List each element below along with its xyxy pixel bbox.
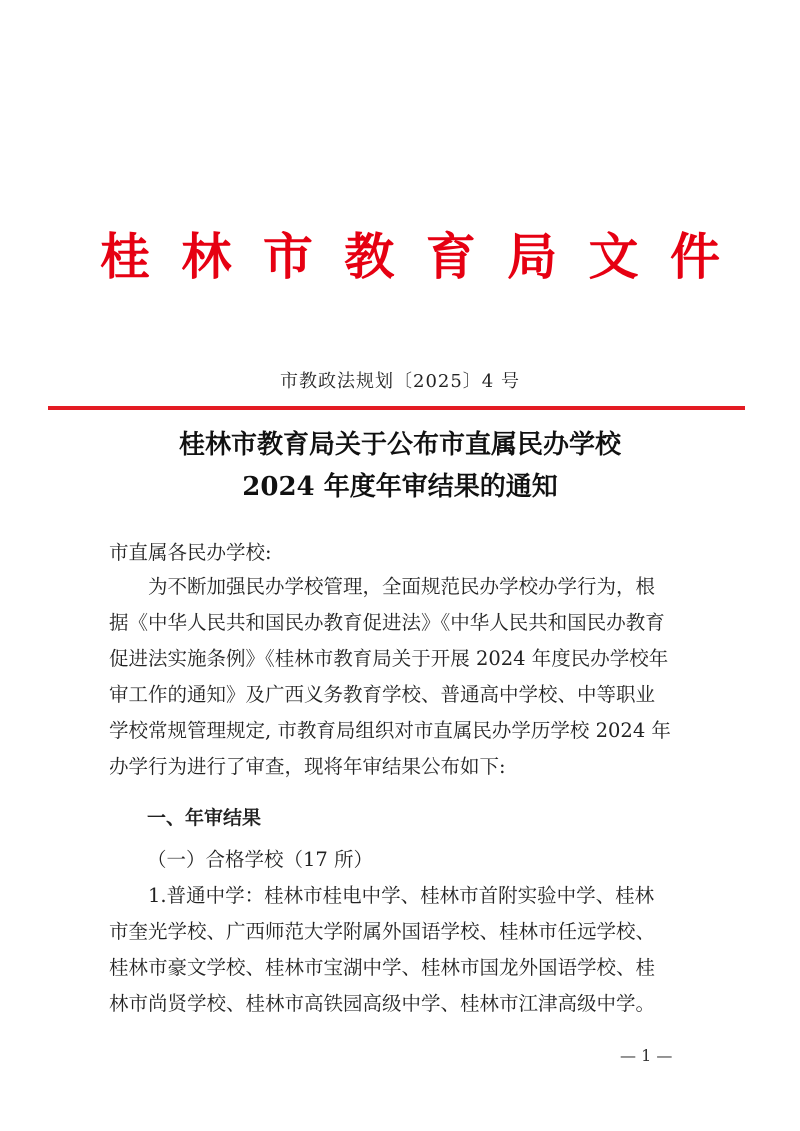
subsection-heading: （一）合格学校（17 所） [147, 844, 755, 872]
masthead-char: 桂 [100, 232, 150, 282]
section-heading: 一、年审结果 [147, 803, 755, 830]
document-title-line-1: 桂林市教育局关于公布市直属民办学校 [0, 432, 800, 458]
masthead-title: 桂 林 市 教 育 局 文 件 [100, 222, 720, 292]
paragraph-line: 市奎光学校、广西师范大学附属外国语学校、桂林市任远学校、 [109, 916, 717, 944]
paragraph-line: 促进法实施条例》《桂林市教育局关于开展 2024 年度民办学校年 [109, 643, 717, 671]
paragraph-line: 办学行为进行了审查，现将年审结果公布如下: [109, 751, 717, 779]
masthead-char: 件 [670, 232, 720, 282]
paragraph-line: 据《中华人民共和国民办教育促进法》《中华人民共和国民办教育 [109, 607, 717, 635]
document-number: 市教政法规划〔2025〕4 号 [0, 367, 800, 393]
masthead-char: 文 [589, 232, 639, 282]
masthead-char: 局 [507, 232, 557, 282]
masthead-char: 林 [181, 232, 231, 282]
masthead-char: 市 [263, 232, 313, 282]
paragraph-line: 审工作的通知》及广西义务教育学校、普通高中学校、中等职业 [109, 679, 717, 707]
page-number: — 1 — [620, 1046, 672, 1065]
masthead-char: 教 [344, 232, 394, 282]
paragraph-line: 桂林市豪文学校、桂林市宝湖中学、桂林市国龙外国语学校、桂 [109, 952, 717, 980]
masthead-char: 育 [426, 232, 476, 282]
paragraph-line: 林市尚贤学校、桂林市高铁园高级中学、桂林市江津高级中学。 [109, 988, 717, 1016]
document-page: 桂 林 市 教 育 局 文 件 市教政法规划〔2025〕4 号 桂林市教育局关于… [0, 0, 800, 1131]
paragraph-line: 学校常规管理规定, 市教育局组织对市直属民办学历学校 2024 年 [109, 715, 717, 743]
paragraph-line: 为不断加强民办学校管理，全面规范民办学校办学行为，根 [109, 571, 717, 599]
salutation: 市直属各民办学校: [109, 537, 717, 565]
paragraph-line: 1.普通中学：桂林市桂电中学、桂林市首附实验中学、桂林 [109, 880, 717, 908]
red-separator-line [48, 406, 745, 410]
document-title-line-2: 2024 年度年审结果的通知 [0, 474, 800, 500]
